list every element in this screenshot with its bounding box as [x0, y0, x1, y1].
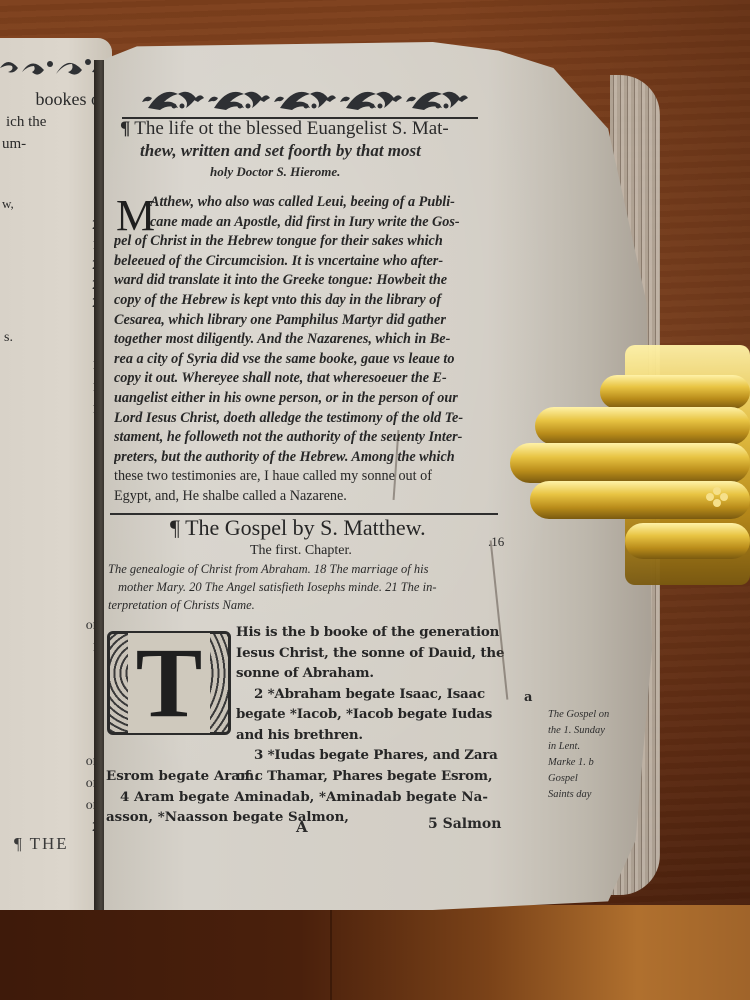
verse-line: Iesus Christ, the sonne of Dauid, the [236, 643, 516, 664]
preface-line: Egypt, and, He shalbe called a Nazarene. [114, 487, 496, 507]
left-fragment: w, [2, 196, 14, 212]
summary-line: mother Mary. 20 The Angel satisfieth Ios… [108, 578, 500, 596]
preface-line: preters, but the authority of the Hebrew… [114, 448, 496, 468]
preface-line: cane made an Apostle, did first in Iury … [114, 213, 496, 233]
preface-line: Cesarea, which library one Pamphilus Mar… [114, 311, 496, 331]
preface-line: copy it out. Whereyee shall note, that w… [114, 369, 496, 389]
left-fragment: s. [4, 330, 13, 346]
margin-note-line: Saints day [548, 787, 618, 803]
preface-line: Lord Iesus Christ, doeth alledge the tes… [114, 409, 496, 429]
margin-note: The Gospel on the 1. Sunday in Lent. Mar… [548, 707, 618, 803]
chapter-summary: The genealogie of Christ from Abraham. 1… [108, 560, 500, 614]
preface-title-line: thew, written and set foorth by that mos… [120, 140, 510, 162]
verse-line: 3 *Iudas begate Phares, and Zara [236, 745, 516, 766]
margin-note-line: Gospel [548, 771, 618, 787]
left-heading-line: um- [2, 136, 26, 153]
verse-line: Esrom begate Aram. [106, 766, 526, 787]
verse-line: 2 *Abraham begate Isaac, Isaac [236, 684, 516, 705]
verse-line: sonne of Abraham. [236, 663, 516, 684]
summary-line: terpretation of Christs Name. [108, 596, 500, 614]
pilcrow-icon: ¶ [120, 118, 130, 139]
margin-letter: a [524, 690, 532, 705]
preface-line: uangelist either in his owne person, or … [114, 389, 496, 409]
catchword: 5 Salmon [428, 816, 501, 832]
preface-body: Atthew, who also was called Leui, beeing… [114, 193, 496, 507]
preface-title-line: holy Doctor S. Hierome. [120, 162, 510, 182]
preface-line: these two testimonies are, I haue called… [114, 467, 496, 487]
preface-line: ward did translate it into the Greeke to… [114, 271, 496, 291]
preface-line: rea a city of Syria did vse the same boo… [114, 350, 496, 370]
margin-note-line: Marke 1. b [548, 755, 618, 771]
preface-title: ¶The life ot the blessed Euangelist S. M… [120, 118, 510, 182]
ornament-band-icon [0, 54, 108, 78]
gospel-heading: ¶ The Gospel by S. Matthew. [170, 515, 426, 541]
signature-mark: A [296, 818, 308, 836]
left-page-footer: ¶ THE [14, 834, 69, 854]
gold-hand-clip-icon [505, 345, 750, 585]
verses-block: His is the b booke of the generation Ies… [236, 622, 516, 786]
summary-line: The genealogie of Christ from Abraham. 1… [108, 560, 500, 578]
left-heading-line: ich the [6, 114, 46, 131]
verse-line: 4 Aram begate Aminadab, *Aminadab begate… [106, 787, 526, 808]
preface-line: stament, he followeth not the authority … [114, 428, 496, 448]
preface-title-text: The life ot the blessed Euangelist S. Ma… [134, 118, 448, 139]
preface-line: beleeued of the Circumcision. It is vnce… [114, 252, 496, 272]
chapter-heading: The first. Chapter. [250, 543, 352, 559]
ornament-band-icon [138, 84, 474, 114]
margin-note-line: The Gospel on [548, 707, 618, 723]
preface-line: copy of the Hebrew is kept vnto this day… [114, 291, 496, 311]
wooden-table-front [0, 905, 750, 1000]
preface-line: pel of Christ in the Hebrew tongue for t… [114, 232, 496, 252]
preface-line: together most diligently. And the Nazare… [114, 330, 496, 350]
verse-line: begate *Iacob, *Iacob begate Iudas [236, 704, 516, 725]
decorated-initial-t: T [107, 631, 231, 735]
verse-line: and his brethren. [236, 725, 516, 746]
preface-line: Atthew, who also was called Leui, beeing… [114, 193, 496, 213]
verse-line: His is the b booke of the generation [236, 622, 516, 643]
margin-note-line: the 1. Sunday [548, 723, 618, 739]
margin-note-line: in Lent. [548, 739, 618, 755]
initial-letter: T [128, 633, 211, 733]
preface-title-line: ¶The life ot the blessed Euangelist S. M… [120, 118, 510, 140]
table-plank-seam [330, 910, 332, 1000]
